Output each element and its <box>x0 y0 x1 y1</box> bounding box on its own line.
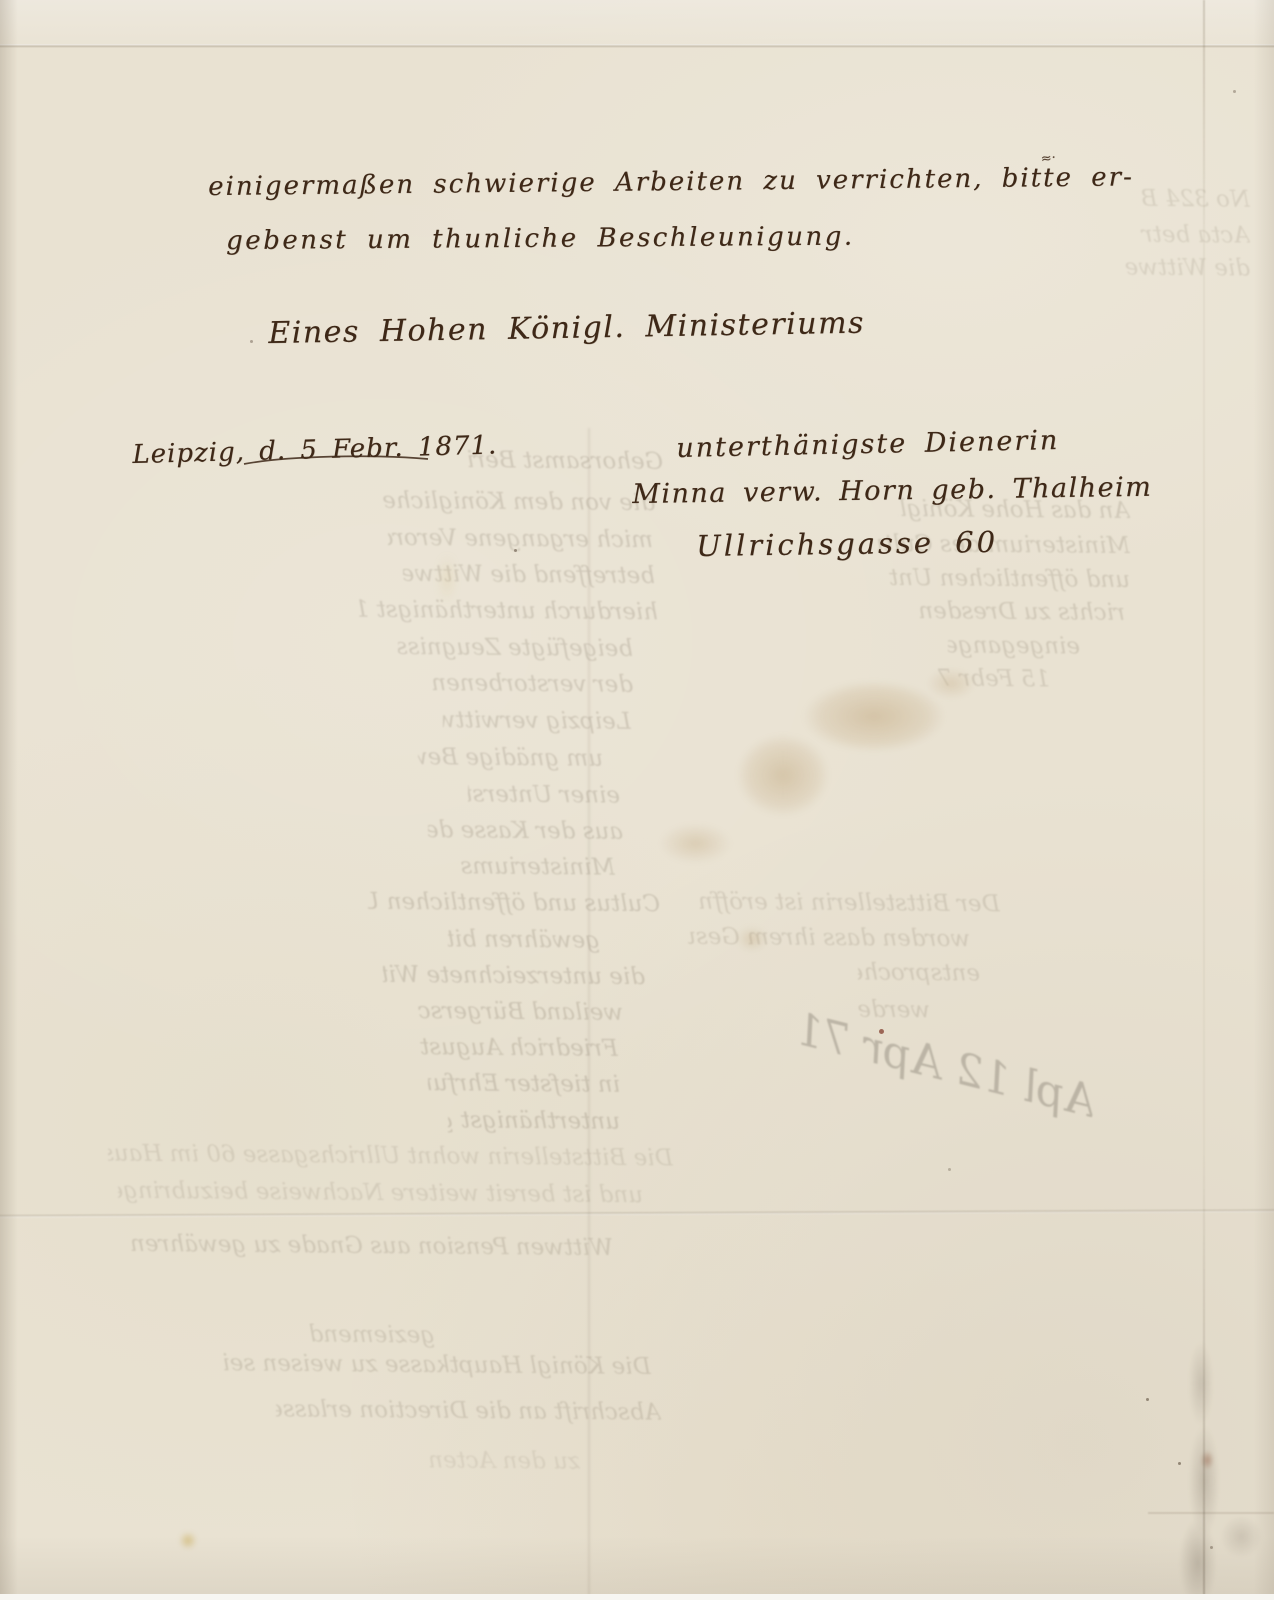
bleedthrough-line: entsprochen <box>858 959 980 986</box>
bleedthrough-line: Apl 12 Apr 71 <box>786 1003 1101 1128</box>
ink-speck <box>1146 1398 1149 1401</box>
bleedthrough-line: die unterzeichnete Wittwe des <box>383 962 645 990</box>
bleedthrough-line: in tiefster Ehrfurcht <box>428 1070 620 1098</box>
red-speck <box>879 1029 884 1034</box>
bleedthrough-line: und öffentlichen Unter <box>888 565 1130 593</box>
bleedthrough-line: Die Königl Hauptkasse zu weisen sei <box>196 1350 651 1380</box>
bleedthrough-line: einer Unterstützung <box>468 781 620 808</box>
bleedthrough-line: Abschrift an die Direction erlassen <box>276 1396 661 1425</box>
bleedthrough-line: der verstorbenen Lehrers zu <box>428 670 633 698</box>
ink-speck <box>1178 1462 1181 1465</box>
bleedthrough-line: weiland Bürgerschullehrers <box>418 998 623 1026</box>
bleedthrough-line: geziemend <box>300 1321 435 1348</box>
bleedthrough-line: eingegangen d <box>948 632 1080 659</box>
bleedthrough-line: Leipzig verwittwete Horn <box>443 707 631 735</box>
scanned-letter-page: Gehorsamst Bericht überdie von dem König… <box>0 0 1274 1600</box>
ink-speck <box>250 340 253 343</box>
ink-speck <box>514 549 517 552</box>
bleedthrough-line: zu den Acten <box>420 1447 580 1474</box>
bleedthrough-line: 15 Febr 71 <box>938 666 1050 693</box>
ink-speck <box>1210 1546 1213 1549</box>
date-underline-flourish <box>242 452 432 468</box>
small-ink-mark: ≈· <box>1040 150 1057 166</box>
bleedthrough-line: beigefügte Zeugnisse und Atteste <box>398 634 633 662</box>
bleedthrough-line: mich ergangene Verordnung vom 18 Nov <box>388 525 653 553</box>
bleedthrough-line: hierdurch unterthänigst 1 Copie nebst <box>358 597 658 626</box>
bleedthrough-line: worden dass ihrem Gesuche <box>688 924 970 952</box>
bleedthrough-line: Friedrich August Horn <box>413 1034 618 1062</box>
bleedthrough-line: Der Bittstellerin ist eröffnet <box>698 889 1000 918</box>
bleedthrough-line: gewähren bittet <box>448 926 600 953</box>
bleedthrough-line: richts zu Dresden <box>913 598 1125 626</box>
bleedthrough-line: und ist bereit weitere Nachweise beizubr… <box>118 1178 643 1209</box>
bleedthrough-line: Acta betr <box>1098 221 1250 248</box>
bleedthrough-line: Die Bittstellerin wohnt Ullrichsgasse 60… <box>108 1141 673 1172</box>
bleedthrough-line: betreffend die Wittwen und Waisen <box>403 561 655 589</box>
bleedthrough-line: Cultus und öffentlichen Unterrichts zu <box>368 889 660 918</box>
body-line-2: gebenst um thunliche Beschleunigung. <box>226 222 855 256</box>
scan-edge <box>0 1594 1274 1600</box>
signature-address-line: Ullrichsgasse 60 <box>696 525 998 563</box>
bleedthrough-line: um gnädige Bewilligung <box>418 744 603 772</box>
bleedthrough-line: aus der Kasse des Hohen <box>428 817 623 845</box>
ink-speck <box>948 1168 951 1171</box>
bleedthrough-line: Wittwen Pension aus Gnade zu gewähren ge… <box>128 1231 613 1261</box>
bleedthrough-line: Ministeriums des Cultus <box>453 853 615 880</box>
bleedthrough-line: die von dem Königlichen Ministerium <box>383 488 655 516</box>
bleedthrough-line: unterthänigst gehorsamst <box>448 1107 620 1135</box>
ink-speck <box>1233 90 1236 93</box>
bleedthrough-line: die Wittwe <box>1118 254 1250 281</box>
